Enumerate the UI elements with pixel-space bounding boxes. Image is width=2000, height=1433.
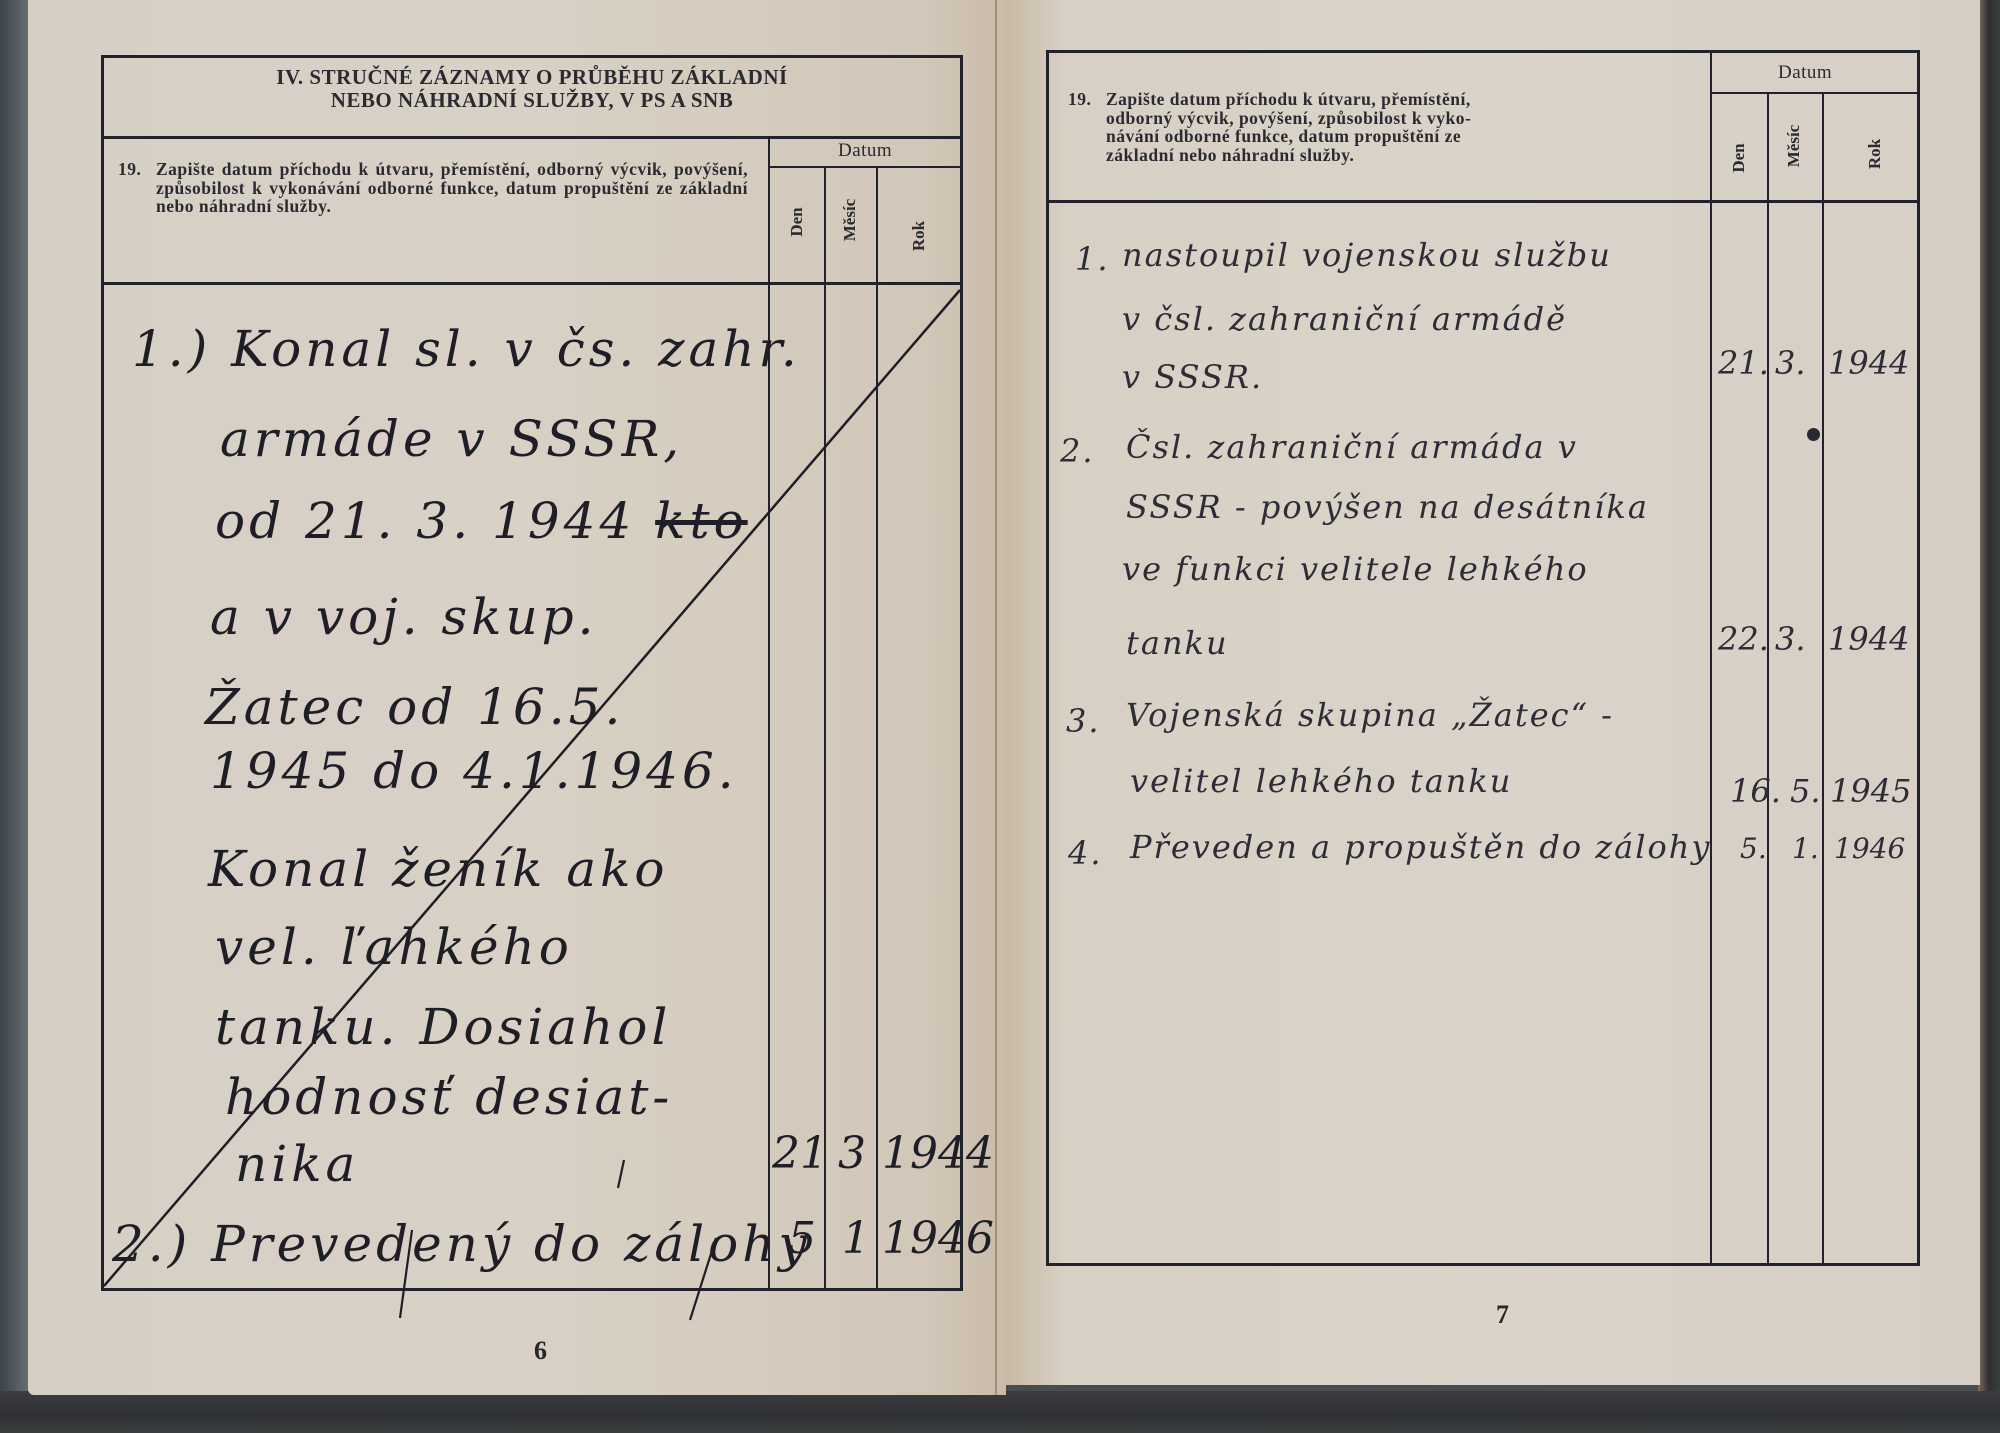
left-hand-line-4: a v voj. skup. xyxy=(210,588,598,646)
right-entry-3-year: 1945 xyxy=(1830,772,1911,810)
left-title-divider xyxy=(101,136,963,139)
right-datum-header: Datum xyxy=(1778,62,1832,84)
instruction-text: Zapište datum příchodu k útvaru, přemíst… xyxy=(156,160,748,216)
left-hand-line-10: hodnosť desiat- xyxy=(225,1068,673,1126)
left-hand-line-1: 1.) Konal sl. v čs. zahr. xyxy=(132,320,801,378)
right-entry-2-line-3: ve funkci velitele lehkého xyxy=(1122,550,1589,588)
right-entry-4-number: 4. xyxy=(1068,834,1103,872)
left-datum-divider xyxy=(768,166,962,168)
left-col-line-mesic xyxy=(824,168,826,1290)
right-entry-2-number: 2. xyxy=(1060,432,1095,470)
right-entry-3-line-2: velitel lehkého tanku xyxy=(1130,762,1512,800)
right-entry-4-year: 1946 xyxy=(1834,832,1905,865)
right-entry-3-line-1: Vojenská skupina „Žatec“ - xyxy=(1126,696,1614,734)
left-entry-2-month: 1 xyxy=(842,1213,870,1264)
right-datum-divider xyxy=(1710,92,1920,94)
left-section-title: IV. STRUČNÉ ZÁZNAMY O PRŮBĚHU ZÁKLADNÍ N… xyxy=(101,66,963,112)
right-col-line-mesic xyxy=(1767,94,1769,1265)
right-entry-1-number: 1. xyxy=(1075,240,1110,278)
right-entry-1-month: 3. xyxy=(1775,344,1806,382)
struck-word: kto xyxy=(655,492,748,550)
right-entry-3-day: 16. xyxy=(1730,772,1781,810)
left-entry-2-year: 1946 xyxy=(882,1213,994,1264)
right-entry-2-line-1: Čsl. zahraniční armáda v xyxy=(1126,428,1578,466)
section-title-line-2: NEBO NÁHRADNÍ SLUŽBY, V PS A SNB xyxy=(101,89,963,112)
instruction-text: Zapište datum příchodu k útvaru, přemíst… xyxy=(1106,90,1693,164)
left-col-den-label: Den xyxy=(787,197,807,247)
right-entry-2-day: 22. xyxy=(1718,620,1769,658)
left-hand-line-11: nika xyxy=(235,1135,359,1193)
left-page-number: 6 xyxy=(534,1336,547,1366)
right-entry-1-line-1: nastoupil vojenskou službu xyxy=(1122,236,1612,274)
left-hand-line-8: vel. ľahkého xyxy=(215,918,573,976)
left-hand-line-2: armáde v SSSR, xyxy=(220,410,683,468)
left-datum-header: Datum xyxy=(838,140,892,162)
book-spine xyxy=(995,0,997,1395)
left-hand-line-7: Konal ženík ako xyxy=(208,840,669,898)
right-entry-1-day: 21. xyxy=(1718,344,1769,382)
left-entry-2-day: 5 xyxy=(788,1213,816,1264)
left-hand-line-12: 2.) Prevedený do zálohy xyxy=(112,1215,811,1273)
left-col-line-rok xyxy=(876,168,878,1290)
right-col-rok-label: Rok xyxy=(1865,129,1885,179)
instruction-number: 19. xyxy=(118,160,141,179)
left-col-rok-label: Rok xyxy=(909,211,929,261)
right-page-number: 7 xyxy=(1496,1300,1509,1330)
right-entry-2-month: 3. xyxy=(1775,620,1806,658)
left-col-line-den xyxy=(768,136,770,1290)
book-cover-left-edge xyxy=(0,0,30,1433)
right-instruction: 19. Zapište datum příchodu k útvaru, pře… xyxy=(1068,90,1693,164)
left-entry-1-year: 1944 xyxy=(882,1128,994,1179)
right-col-mesic-label: Měsíc xyxy=(1784,118,1804,174)
ink-dot xyxy=(1807,428,1820,441)
right-entry-2-line-4: tanku xyxy=(1126,624,1229,662)
right-col-den-label: Den xyxy=(1729,133,1749,183)
section-title-line-1: IV. STRUČNÉ ZÁZNAMY O PRŮBĚHU ZÁKLADNÍ xyxy=(101,66,963,89)
left-header-divider xyxy=(101,282,963,285)
right-col-line-rok xyxy=(1822,94,1824,1265)
left-hand-line-9: tanku. Dosiahol xyxy=(215,998,671,1056)
left-hand-line-6: 1945 do 4.1.1946. xyxy=(210,742,738,800)
right-entry-4-line-1: Převeden a propuštěn do zálohy xyxy=(1130,828,1711,866)
left-hand-line-3: od 21. 3. 1944 kto xyxy=(215,492,748,550)
right-header-divider xyxy=(1046,200,1920,203)
left-col-mesic-label: Měsíc xyxy=(840,192,860,248)
left-hand-line-5: Žatec od 16.5. xyxy=(205,678,624,736)
right-entry-3-number: 3. xyxy=(1066,702,1101,740)
right-entry-1-line-2: v čsl. zahraniční armádě xyxy=(1122,300,1567,338)
left-entry-1-month: 3 xyxy=(838,1128,866,1179)
right-entry-2-line-2: SSSR - povýšen na desátníka xyxy=(1126,488,1649,526)
right-entry-2-year: 1944 xyxy=(1828,620,1909,658)
right-entry-4-day: 5. xyxy=(1740,832,1767,865)
book-cover-bottom-edge xyxy=(0,1391,2000,1433)
book-cover-right-edge xyxy=(1978,0,2000,1433)
right-entry-4-month: 1. xyxy=(1792,832,1819,865)
left-instruction: 19. Zapište datum příchodu k útvaru, pře… xyxy=(118,160,748,216)
right-col-line-den xyxy=(1710,50,1712,1265)
left-entry-1-day: 21 xyxy=(772,1128,828,1179)
instruction-number: 19. xyxy=(1068,90,1091,109)
right-entry-3-month: 5. xyxy=(1790,772,1821,810)
right-entry-1-line-3: v SSSR. xyxy=(1122,358,1263,396)
right-entry-1-year: 1944 xyxy=(1828,344,1909,382)
